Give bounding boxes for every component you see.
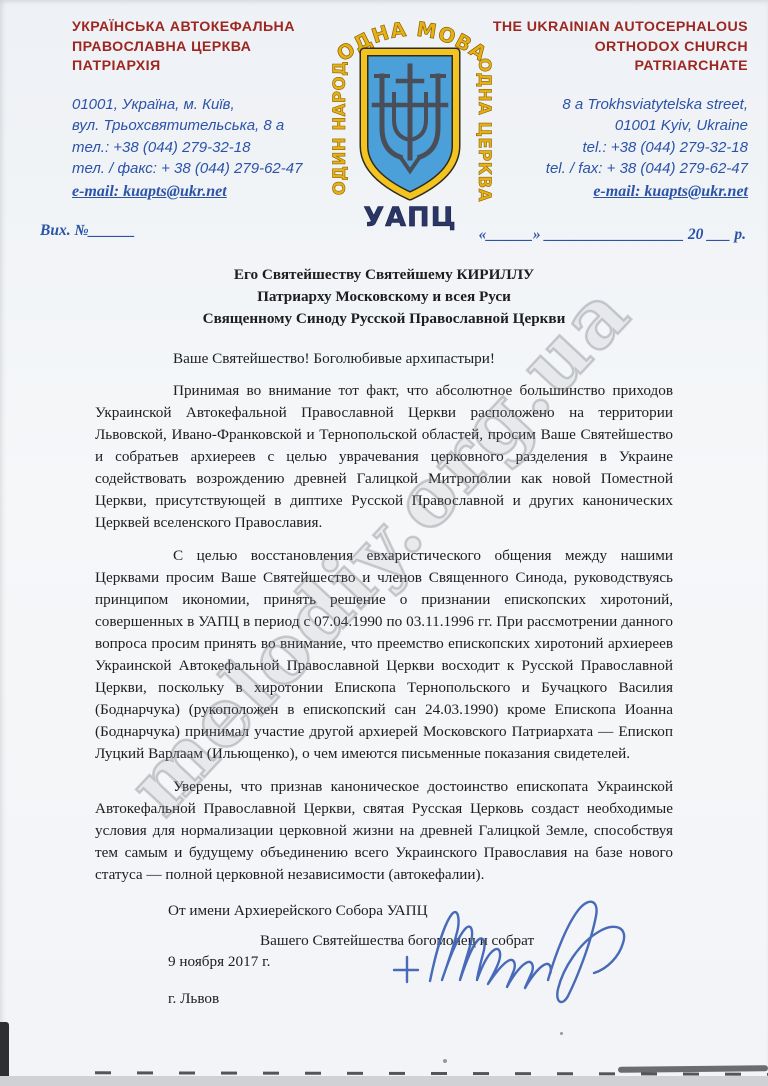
address-line: 8 a Trokhsviatytelska street, — [456, 94, 748, 116]
email-address: e-mail: kuapts@ukr.net — [72, 181, 227, 203]
title-line: УКРАЇНСЬКА АВТОКЕФАЛЬНА — [72, 18, 334, 38]
signature-flourish — [548, 902, 624, 1002]
email-address: e-mail: kuapts@ukr.net — [593, 181, 748, 203]
addressee-line: Его Святейшеству Святейшему КИРИЛЛУ — [95, 264, 673, 286]
address-line: вул. Трьохсвятительська, 8 а — [72, 115, 334, 137]
letterhead-left: УКРАЇНСЬКА АВТОКЕФАЛЬНА ПРАВОСЛАВНА ЦЕРК… — [72, 18, 334, 202]
scan-speck — [560, 1032, 563, 1035]
addressee-block: Его Святейшеству Святейшему КИРИЛЛУ Патр… — [95, 264, 673, 330]
scan-speck — [443, 1059, 447, 1063]
reference-line: Вих. №______ «______» __________________… — [40, 222, 746, 246]
signature-ink — [430, 912, 551, 988]
outgoing-number-blank: Вих. №______ — [40, 222, 135, 240]
title-line: ПРАВОСЛАВНА ЦЕРКВА — [72, 38, 334, 58]
paragraph-1: Принимая во внимание тот факт, что абсол… — [95, 380, 673, 534]
date-blank: «______» __________________ 20 ___ р. — [479, 226, 746, 244]
phone-line: tel.: +38 (044) 279-32-18 — [456, 137, 748, 159]
church-coat-of-arms-icon: ОДНА МОВА ОДИН НАРОД ОДНА ЦЕРКВА УАПЦ — [330, 8, 494, 234]
fax-line: тел. / факс: + 38 (044) 279-62-47 — [72, 158, 334, 180]
letter-body: Его Святейшеству Святейшему КИРИЛЛУ Патр… — [95, 264, 673, 952]
scanned-letter-page: УКРАЇНСЬКА АВТОКЕФАЛЬНА ПРАВОСЛАВНА ЦЕРК… — [0, 0, 768, 1086]
paragraph-3: Уверены, что признав каноническое достои… — [95, 776, 673, 886]
title-line: PATRIARCHATE — [456, 57, 748, 77]
handwritten-signature — [378, 884, 652, 1012]
addressee-line: Патриарху Московскому и всея Руси — [95, 286, 673, 308]
title-line: THE UKRAINIAN AUTOCEPHALOUS — [456, 18, 748, 38]
motto-right: ОДНА ЦЕРКВА — [475, 58, 494, 202]
title-line: ПАТРІАРХІЯ — [72, 57, 334, 77]
paragraph-2: С целью восстановления евхаристического … — [95, 545, 673, 765]
scan-edge-smudge — [618, 1065, 768, 1073]
letter-date: 9 ноября 2017 г. — [168, 953, 270, 971]
addressee-line: Священному Синоду Русской Православной Ц… — [95, 308, 673, 330]
scan-bottom-band — [0, 1076, 768, 1086]
motto-left: ОДИН НАРОД — [330, 61, 349, 195]
signature-cross-icon — [394, 957, 418, 982]
address-line: 01001, Україна, м. Київ, — [72, 94, 334, 116]
contacts-ukrainian: 01001, Україна, м. Київ, вул. Трьохсвяти… — [72, 94, 334, 203]
salutation: Ваше Святейшество! Боголюбивые архипасты… — [95, 348, 673, 370]
phone-line: тел.: +38 (044) 279-32-18 — [72, 137, 334, 159]
church-name-english: THE UKRAINIAN AUTOCEPHALOUS ORTHODOX CHU… — [456, 18, 748, 77]
letterhead-right: THE UKRAINIAN AUTOCEPHALOUS ORTHODOX CHU… — [456, 18, 748, 202]
church-name-ukrainian: УКРАЇНСЬКА АВТОКЕФАЛЬНА ПРАВОСЛАВНА ЦЕРК… — [72, 18, 334, 77]
title-line: ORTHODOX CHURCH — [456, 38, 748, 58]
fax-line: tel. / fax: + 38 (044) 279-62-47 — [456, 158, 748, 180]
address-line: 01001 Kyiv, Ukraine — [456, 115, 748, 137]
contacts-english: 8 a Trokhsviatytelska street, 01001 Kyiv… — [456, 94, 748, 203]
letter-place: г. Львов — [168, 990, 219, 1008]
